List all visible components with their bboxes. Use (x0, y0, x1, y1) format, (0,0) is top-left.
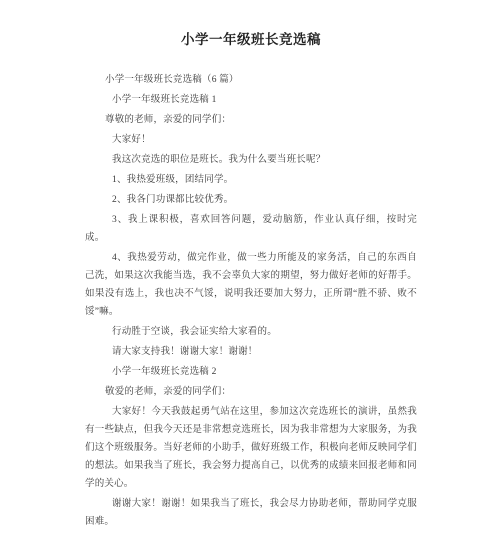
section-heading: 小学一年级班长竞选稿 2 (85, 363, 417, 381)
paragraph: 大家好！ (85, 131, 417, 149)
paragraph: 谢谢大家！谢谢！如果我当了班长，我会尽力协助老师，帮助同学克服困难。 (85, 495, 417, 531)
document-title: 小学一年级班长竞选稿 (85, 30, 417, 50)
document-page: 小学一年级班长竞选稿 小学一年级班长竞选稿（6 篇） 小学一年级班长竞选稿 1尊… (0, 0, 500, 548)
paragraph: 1、我热爱班级，团结同学。 (85, 171, 417, 189)
paragraph: 我这次竞选的职位是班长。我为什么要当班长呢？ (85, 151, 417, 169)
paragraph: 4、我热爱劳动，做完作业，做一些力所能及的家务活，自己的东西自己洗，如果这次我能… (85, 249, 417, 321)
salutation-line: 尊敬的老师，亲爱的同学们： (85, 111, 417, 129)
document-subtitle: 小学一年级班长竞选稿（6 篇） (85, 71, 417, 89)
paragraph: 行动胜于空谈，我会证实给大家看的。 (85, 323, 417, 341)
document-content: 小学一年级班长竞选稿 小学一年级班长竞选稿（6 篇） 小学一年级班长竞选稿 1尊… (0, 0, 500, 531)
document-sections: 小学一年级班长竞选稿 1尊敬的老师，亲爱的同学们：大家好！我这次竞选的职位是班长… (85, 91, 417, 531)
paragraph: 2、我各门功课都比较优秀。 (85, 191, 417, 209)
paragraph: 大家好！今天我鼓起勇气站在这里，参加这次竞选班长的演讲，虽然我有一些缺点，但我今… (85, 403, 417, 493)
section-heading: 小学一年级班长竞选稿 1 (85, 91, 417, 109)
paragraph: 请大家支持我！谢谢大家！谢谢！ (85, 343, 417, 361)
paragraph: 3、我上课积极，喜欢回答问题，爱动脑筋，作业认真仔细，按时完成。 (85, 211, 417, 247)
salutation-line: 敬爱的老师，亲爱的同学们： (85, 383, 417, 401)
